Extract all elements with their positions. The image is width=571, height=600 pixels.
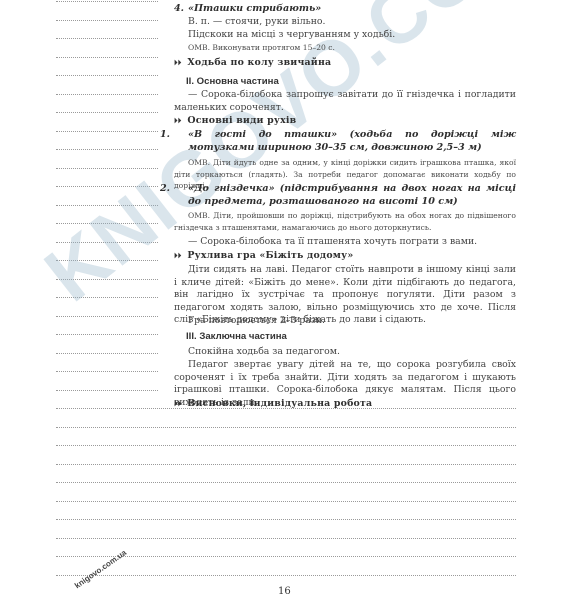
dotted-line — [56, 57, 158, 58]
double-arrow-bullet-icon: ⏵⏵ — [174, 117, 181, 125]
dotted-line — [56, 260, 158, 261]
book-page: KNIGOVO.COM.UA 4.«Пташки стрибають» В. п… — [0, 0, 571, 600]
double-arrow-bullet-icon: ⏵⏵ — [174, 400, 181, 408]
dotted-line — [56, 131, 158, 132]
dotted-line — [56, 445, 516, 446]
section-2-intro: — Сорока-білобока запрошує завітати до ї… — [174, 89, 516, 114]
dotted-line — [56, 501, 516, 502]
dotted-line — [56, 371, 158, 372]
exercise-1-title: 1.«В гості до пташки» (ходьба по доріжці… — [174, 129, 516, 154]
section-3-heading: III. Заключна частина — [186, 331, 287, 344]
walk-heading: ⏵⏵Ходьба по колу звичайна — [174, 57, 331, 70]
game-repeat: Гра повторюється 2–3 рази. — [188, 315, 325, 328]
dotted-line — [56, 38, 158, 39]
dotted-line — [56, 168, 158, 169]
exercise-4-title: 4.«Пташки стрибають» — [174, 3, 321, 16]
dotted-line — [56, 223, 158, 224]
section-3-first-line: Спокійна ходьба за педагогом. — [188, 346, 340, 359]
section-2-heading: II. Основна частина — [186, 76, 279, 89]
dotted-line — [56, 186, 158, 187]
dotted-line — [56, 538, 516, 539]
dotted-line — [56, 20, 158, 21]
dotted-line — [56, 1, 158, 2]
double-arrow-bullet-icon: ⏵⏵ — [174, 59, 181, 67]
dotted-line — [56, 242, 158, 243]
dotted-line — [56, 112, 158, 113]
dotted-line — [56, 464, 516, 465]
dotted-line — [56, 353, 158, 354]
game-heading: ⏵⏵Рухлива гра «Біжіть додому» — [174, 250, 353, 263]
section-2-closing-line: — Сорока-білобока та її пташенята хочуть… — [188, 236, 477, 249]
dotted-line — [56, 519, 516, 520]
dotted-line — [56, 482, 516, 483]
exercise-4-description: Підскоки на місці з чергуванням у ходьбі… — [188, 29, 395, 42]
dotted-line — [56, 316, 158, 317]
watermark-url: knigovo.com.ua — [73, 548, 128, 590]
dotted-line — [56, 427, 516, 428]
dotted-line — [56, 390, 158, 391]
dotted-line — [56, 94, 158, 95]
exercise-4-start-position: В. п. — стоячи, руки вільно. — [188, 16, 325, 29]
page-number: 16 — [278, 586, 291, 597]
dotted-line — [56, 149, 158, 150]
exercise-2-note: ОМВ. Діти, пройшовши по доріжці, підстри… — [174, 210, 516, 233]
dotted-line — [56, 75, 158, 76]
dotted-line — [56, 205, 158, 206]
exercise-4-note: ОМВ. Виконувати протягом 15–20 с. — [188, 42, 335, 55]
conclusion-heading: ⏵⏵Висновки, індивідуальна робота — [174, 398, 372, 411]
dotted-line — [56, 575, 516, 576]
dotted-line — [56, 334, 158, 335]
dotted-line — [56, 279, 158, 280]
double-arrow-bullet-icon: ⏵⏵ — [174, 252, 181, 260]
main-movements-heading: ⏵⏵Основні види рухів — [174, 115, 296, 128]
exercise-2-title: 2.«До гніздечка» (підстрибування на двох… — [174, 183, 516, 208]
dotted-line — [56, 297, 158, 298]
